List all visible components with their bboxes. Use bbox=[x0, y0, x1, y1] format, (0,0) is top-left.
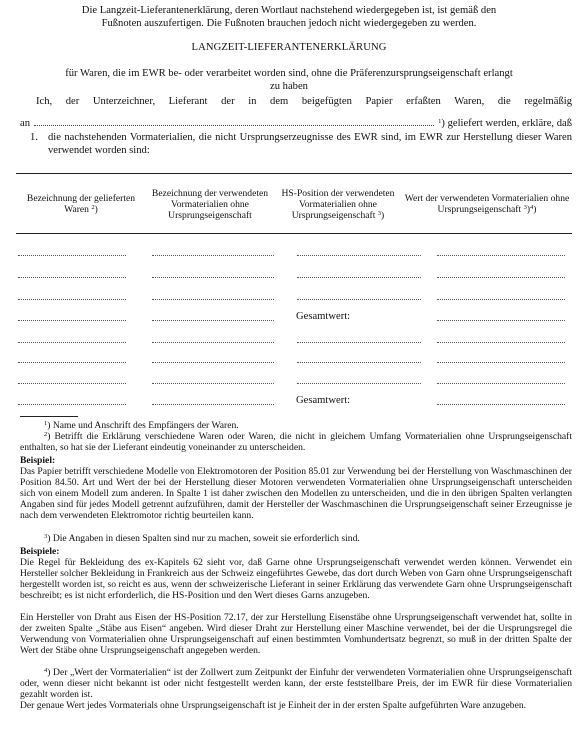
cell-materials-8[interactable] bbox=[152, 404, 274, 405]
footnote-3: 3) Die Angaben in diesen Spalten sind nu… bbox=[20, 533, 572, 544]
document-title: LANGZEIT-LIEFERANTENERKLÄRUNG bbox=[0, 42, 578, 54]
column-header-hs-position: HS-Position der verwendeten Vormateriali… bbox=[274, 175, 402, 233]
cell-goods-3[interactable] bbox=[18, 299, 126, 300]
cell-hs-3[interactable] bbox=[297, 299, 421, 300]
intro-line-2: Fußnoten auszufertigen. Die Fußnoten bra… bbox=[20, 17, 558, 30]
cell-value-3[interactable] bbox=[437, 299, 565, 300]
header-text: Bezeichnung der gelieferten Waren bbox=[27, 193, 135, 215]
footnote-text: ) Der „Wert der Vormaterialien“ ist der … bbox=[20, 667, 572, 700]
cell-hs-1[interactable] bbox=[297, 255, 421, 256]
examples-label: Beispiele: bbox=[20, 546, 572, 557]
footnote-rule bbox=[20, 416, 78, 417]
footnote-1: 1) Name und Anschrift des Empfängers der… bbox=[20, 420, 572, 431]
example-label: Beispiel: bbox=[20, 455, 572, 466]
cell-hs-7[interactable] bbox=[297, 383, 421, 384]
cell-goods-4[interactable] bbox=[18, 320, 126, 321]
cell-materials-3[interactable] bbox=[152, 299, 274, 300]
cell-goods-8[interactable] bbox=[18, 404, 126, 405]
footnote-4: 4) Der „Wert der Vormaterialien“ ist der… bbox=[20, 667, 572, 700]
cell-materials-4[interactable] bbox=[152, 320, 274, 321]
table-header-rule bbox=[16, 233, 572, 234]
header-text: Wert der verwendeten Vormaterialien ohne… bbox=[405, 193, 570, 215]
declaration-line-1: Ich, der Unterzeichner, Lieferant der in… bbox=[36, 96, 572, 108]
footnote-text: ) Betrifft die Erklärung verschiedene Wa… bbox=[20, 431, 572, 453]
examples-text-2: Ein Hersteller von Draht aus Eisen der H… bbox=[20, 612, 572, 656]
cell-materials-5[interactable] bbox=[152, 342, 274, 343]
declaration-recipient-line: an 1) geliefert werden, erkläre, daß bbox=[20, 117, 572, 130]
footnote-text: ) Die Angaben in diesen Spalten sind nur… bbox=[47, 533, 360, 544]
cell-hs-6[interactable] bbox=[297, 362, 421, 363]
cell-value-2[interactable] bbox=[437, 277, 565, 278]
cell-goods-6[interactable] bbox=[18, 362, 126, 363]
table-top-rule bbox=[16, 173, 572, 174]
total-value-2[interactable] bbox=[437, 404, 565, 405]
subtitle-line-2: zu haben bbox=[12, 80, 566, 93]
cell-materials-6[interactable] bbox=[152, 362, 274, 363]
total-label-1: Gesamtwert: bbox=[296, 311, 350, 323]
cell-goods-5[interactable] bbox=[18, 342, 126, 343]
cell-hs-5[interactable] bbox=[297, 342, 421, 343]
column-header-value: Wert der verwendeten Vormaterialien ohne… bbox=[402, 175, 572, 233]
intro-text: Die Langzeit-Lieferantenerklärung, deren… bbox=[20, 4, 558, 30]
recipient-tail: 1) geliefert werden, erkläre, daß bbox=[438, 118, 572, 130]
cell-materials-7[interactable] bbox=[152, 383, 274, 384]
cell-value-7[interactable] bbox=[437, 383, 565, 384]
header-tail: ) bbox=[381, 210, 384, 221]
recipient-field[interactable] bbox=[34, 117, 434, 126]
header-text: Bezeichnung der verwendeten Vormateriali… bbox=[146, 188, 274, 221]
footnote-text: ) Name und Anschrift des Empfängers der … bbox=[47, 420, 238, 431]
column-header-goods: Bezeichnung der gelieferten Waren 2) bbox=[16, 175, 146, 233]
total-value-1[interactable] bbox=[437, 320, 565, 321]
total-label-2: Gesamtwert: bbox=[296, 395, 350, 407]
final-text: Der genaue Wert jedes Vormaterials ohne … bbox=[20, 700, 572, 711]
document-subtitle: für Waren, die im EWR be- oder verarbeit… bbox=[12, 67, 566, 93]
item-text: die nachstehenden Vormaterialien, die ni… bbox=[36, 131, 572, 157]
header-tail: ) bbox=[533, 204, 536, 215]
examples-text-1: Die Regel für Bekleidung des ex-Kapitels… bbox=[20, 557, 572, 601]
declaration-item-1: 1. die nachstehenden Vormaterialien, die… bbox=[36, 131, 572, 157]
cell-materials-1[interactable] bbox=[152, 255, 274, 256]
intro-line-1: Die Langzeit-Lieferantenerklärung, deren… bbox=[20, 4, 558, 17]
cell-value-1[interactable] bbox=[437, 255, 565, 256]
column-header-materials: Bezeichnung der verwendeten Vormateriali… bbox=[146, 175, 274, 233]
cell-goods-2[interactable] bbox=[18, 277, 126, 278]
cell-hs-2[interactable] bbox=[297, 277, 421, 278]
cell-goods-1[interactable] bbox=[18, 255, 126, 256]
item-number: 1. bbox=[30, 131, 38, 144]
header-tail: ) bbox=[95, 204, 98, 215]
cell-value-5[interactable] bbox=[437, 342, 565, 343]
subtitle-line-1: für Waren, die im EWR be- oder verarbeit… bbox=[12, 67, 566, 80]
example-text: Das Papier betrifft verschiedene Modelle… bbox=[20, 466, 572, 521]
footnote-2: 2) Betrifft die Erklärung verschiedene W… bbox=[20, 431, 572, 453]
cell-goods-7[interactable] bbox=[18, 383, 126, 384]
cell-value-6[interactable] bbox=[437, 362, 565, 363]
recipient-label: an bbox=[20, 118, 30, 130]
cell-materials-2[interactable] bbox=[152, 277, 274, 278]
